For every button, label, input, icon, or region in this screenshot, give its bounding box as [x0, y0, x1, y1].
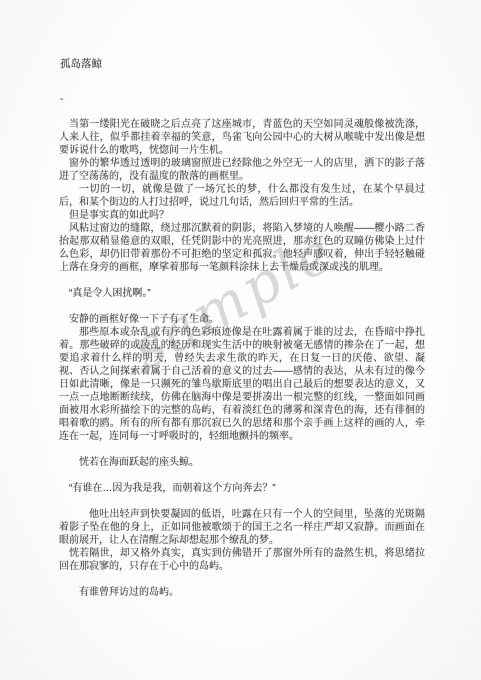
paragraph: 恍若在海面跃起的座头鲸。: [59, 456, 425, 469]
page-background: sample 孤岛落鲸 - 当第一缕阳光在破晓之后点亮了这座城市，青蓝色的天空如…: [0, 0, 481, 680]
separator-dash: -: [60, 93, 425, 106]
paragraph-quote: “真是令人困扰啊。”: [59, 287, 425, 300]
paragraph: 有谁曾拜访过的岛屿。: [59, 586, 425, 599]
document-body: 孤岛落鲸 - 当第一缕阳光在破晓之后点亮了这座城市，青蓝色的天空如同灵魂般像被洗…: [59, 58, 425, 599]
document-page: { "page": { "background": "#fcfcfc", "te…: [0, 0, 481, 680]
doc-title: 孤岛落鲸: [60, 58, 425, 71]
paragraph: 恍若隔世，却又格外真实，真实到仿佛错开了那窗外所有的盎然生机，将思绪拉回在那寂寥…: [59, 547, 425, 573]
paragraph: 那些原本或杂乱或有序的色彩痕迹像是在吐露着属于谁的过去，在昏暗中挣扎着。那些破碎…: [59, 326, 425, 443]
paragraph: 一切的一切，就像是做了一场冗长的梦，什么都没有发生过，在某个早晨过后，和某个街边…: [59, 183, 425, 209]
paragraph: 安静的画框好像一下子有了生命。: [59, 313, 425, 326]
paragraph: 但是事实真的如此吗？: [59, 209, 425, 222]
paragraph: 窗外的繁华透过透明的玻璃窗照进已经除他之外空无一人的店里，洒下的影子落进了空荡荡…: [59, 157, 425, 183]
paragraph: 他吐出轻声到快要凝固的低语，吐露在只有一个人的空间里，坠落的光斑隔着影子坠在他的…: [59, 508, 425, 547]
paragraph: 当第一缕阳光在破晓之后点亮了这座城市，青蓝色的天空如同灵魂般像被洗涤，人来人往，…: [59, 118, 425, 157]
paragraph-quote: “有谁在…因为我是我，而朝着这个方向奔去？”: [59, 482, 425, 495]
paragraph: 风粘过窗边的缝隙，绕过那沉默着的阴影，将陷入梦境的人唤醒——樱小路二香抬起那双稍…: [59, 222, 425, 274]
